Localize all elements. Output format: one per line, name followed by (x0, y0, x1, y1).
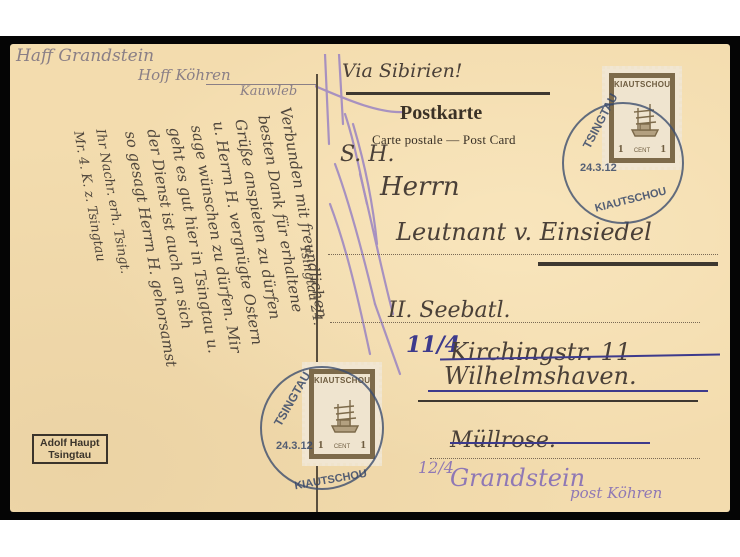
redirect-post: post Köhren (570, 484, 662, 502)
redirect-date: 12/4 (418, 458, 454, 477)
city-struck: Wilhelmshaven. (444, 362, 637, 390)
address-rule-2 (418, 400, 698, 402)
address-line-3 (430, 458, 700, 459)
note-top-left-3: Kauwleb (240, 84, 297, 99)
redirect-new: Grandstein (450, 464, 585, 492)
stamp-country: KIAUTSCHOU (614, 80, 670, 89)
blue-strike-2 (428, 390, 708, 392)
unit: II. Seebatl. (388, 298, 511, 323)
note-top-left: Haff Grandstein (16, 46, 154, 66)
address-rule (538, 262, 718, 266)
redirect-struck: Müllrose. (450, 428, 556, 453)
address-line-2 (330, 322, 700, 323)
publisher-imprint: Adolf Haupt Tsingtau (32, 434, 108, 464)
postmark-date: 24.3.12 (276, 440, 313, 452)
herrn: Herrn (380, 172, 460, 202)
header-rule (346, 92, 550, 95)
postmark-date: 24.3.12 (580, 162, 617, 174)
note-top-left-2: Hoff Köhren (138, 66, 231, 84)
imprint-line-2: Tsingtau (40, 449, 100, 461)
blue-strike-3 (450, 442, 650, 444)
imprint-line-1: Adolf Haupt (40, 437, 100, 449)
printed-title: Postkarte (400, 102, 482, 125)
postcard: Haff Grandstein Hoff Köhren Kauwleb Verb… (10, 44, 730, 512)
violet-cancel-strokes (315, 54, 405, 384)
address-line-1 (328, 254, 718, 255)
via-siberia-note: Via Sibirien! (342, 60, 462, 82)
salutation: S. H. (340, 142, 394, 167)
